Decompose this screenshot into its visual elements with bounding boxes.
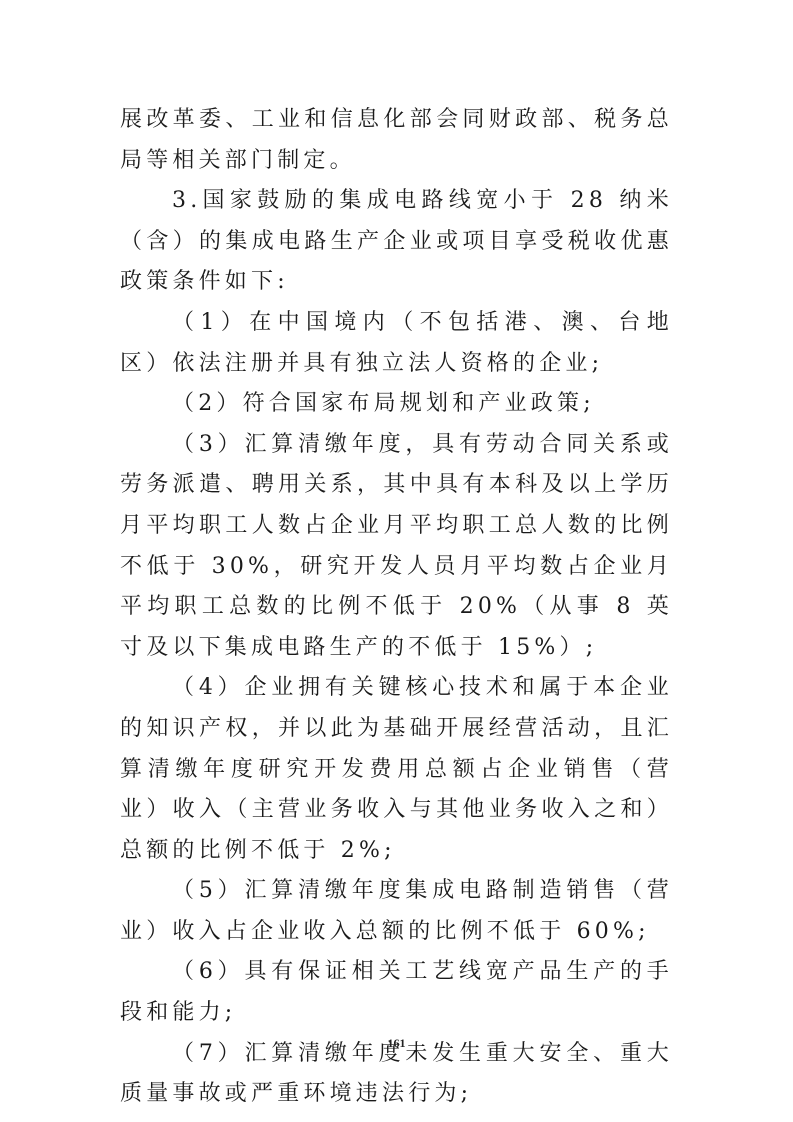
body-text: 展改革委、工业和信息化部会同财政部、税务总局等相关部门制定。 3.国家鼓励的集成… — [120, 100, 673, 1115]
paragraph-continuation: 展改革委、工业和信息化部会同财政部、税务总局等相关部门制定。 — [120, 100, 673, 181]
condition-3: （3）汇算清缴年度，具有劳动合同关系或劳务派遣、聘用关系，其中具有本科及以上学历… — [120, 425, 673, 669]
condition-1: （1）在中国境内（不包括港、澳、台地区）依法注册并具有独立法人资格的企业; — [120, 303, 673, 384]
document-page: 展改革委、工业和信息化部会同财政部、税务总局等相关部门制定。 3.国家鼓励的集成… — [0, 0, 793, 1122]
condition-2: （2）符合国家布局规划和产业政策; — [120, 384, 673, 425]
condition-6: （6）具有保证相关工艺线宽产品生产的手段和能力; — [120, 952, 673, 1033]
condition-5: （5）汇算清缴年度集成电路制造销售（营业）收入占企业收入总额的比例不低于 60%… — [120, 871, 673, 952]
paragraph-item-3: 3.国家鼓励的集成电路线宽小于 28 纳米（含）的集成电路生产企业或项目享受税收… — [120, 181, 673, 303]
page-number: 161 — [0, 1036, 793, 1051]
condition-4: （4）企业拥有关键核心技术和属于本企业的知识产权，并以此为基础开展经营活动，且汇… — [120, 668, 673, 871]
